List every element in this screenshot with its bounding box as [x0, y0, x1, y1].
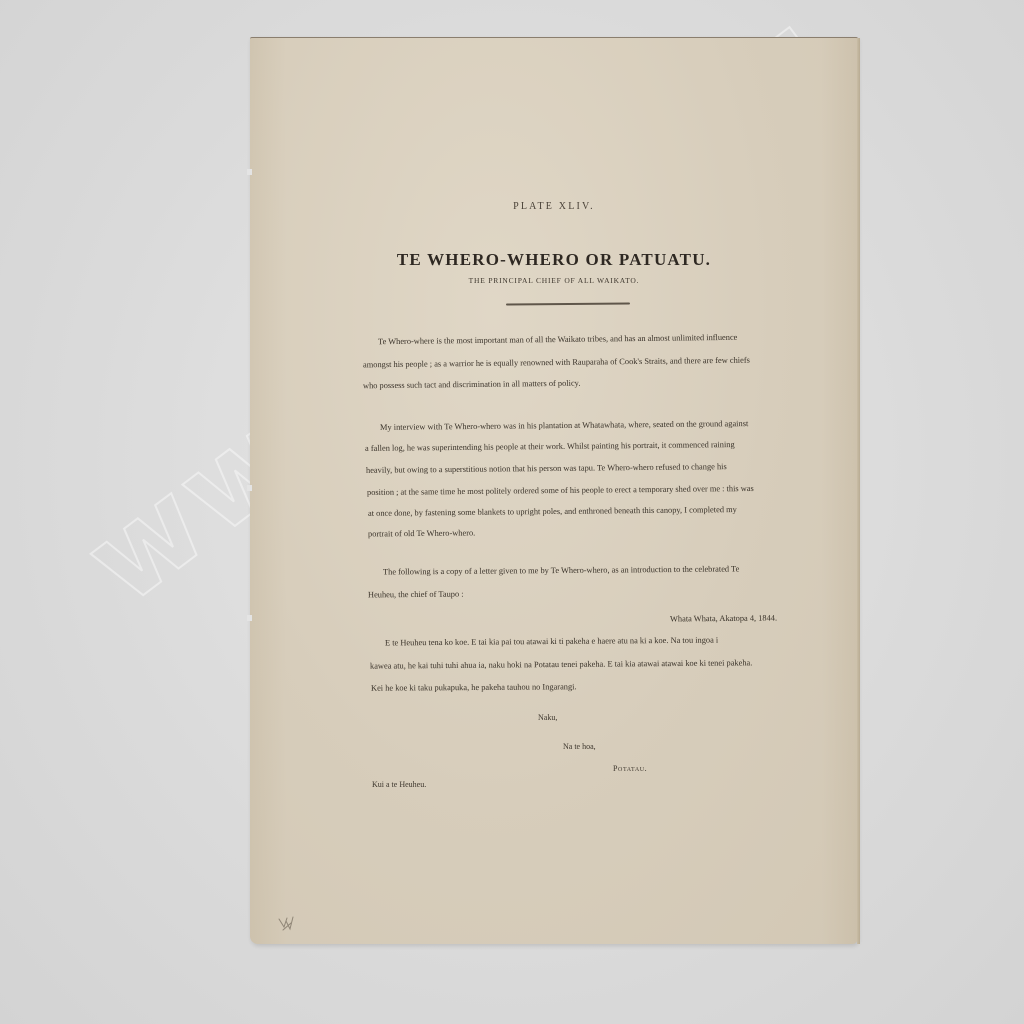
paragraph-2-line: heavily, but owing to a superstitious no…: [366, 463, 727, 475]
letter-line: Kei he koe ki taku pukapuka, he pakeha t…: [371, 683, 577, 693]
page-edge-nick: [247, 615, 252, 621]
page-edge-nick: [247, 169, 252, 175]
paragraph-2-line: portrait of old Te Whero-whero.: [368, 529, 475, 539]
paragraph-3-line: Heuheu, the chief of Taupo :: [368, 591, 464, 600]
paragraph-1-line: who possess such tact and discrimination…: [363, 380, 580, 391]
paragraph-2-line: position ; at the same time he most poli…: [367, 485, 754, 497]
paragraph-1-line: Te Whero-where is the most important man…: [378, 334, 737, 347]
page-subtitle: THE PRINCIPAL CHIEF OF ALL WAIKATO.: [250, 276, 858, 285]
letter-closing: Naku,: [538, 713, 557, 722]
letter-dateline: Whata Whata, Akatopa 4, 1844.: [670, 615, 777, 624]
pencil-mark-icon: [276, 913, 298, 935]
letter-line: E te Heuheu tena ko koe. E tai kia pai t…: [385, 637, 718, 648]
letter-address: Kui a te Heuheu.: [372, 780, 426, 789]
paragraph-2-line: at once done, by fastening some blankets…: [368, 506, 737, 518]
page-edge: [857, 38, 860, 944]
title-divider: [506, 302, 630, 305]
paragraph-1-line: amongst his people ; as a warrior he is …: [363, 357, 750, 370]
paragraph-2-line: My interview with Te Whero-whero was in …: [380, 420, 748, 432]
page-title: TE WHERO-WHERO OR PATUATU.: [250, 250, 858, 270]
document-page: PLATE XLIV. TE WHERO-WHERO OR PATUATU. T…: [250, 37, 858, 944]
paragraph-2-line: a fallen log, he was superintending his …: [365, 441, 735, 453]
letter-signature: Potatau.: [613, 764, 647, 773]
page-edge-nick: [247, 485, 252, 491]
paragraph-3-line: The following is a copy of a letter give…: [383, 565, 739, 577]
plate-label: PLATE XLIV.: [250, 201, 858, 212]
letter-line: kawea atu, he kai tuhi tuhi ahua ia, nak…: [370, 659, 752, 671]
letter-closing: Na te hoa,: [563, 742, 596, 751]
